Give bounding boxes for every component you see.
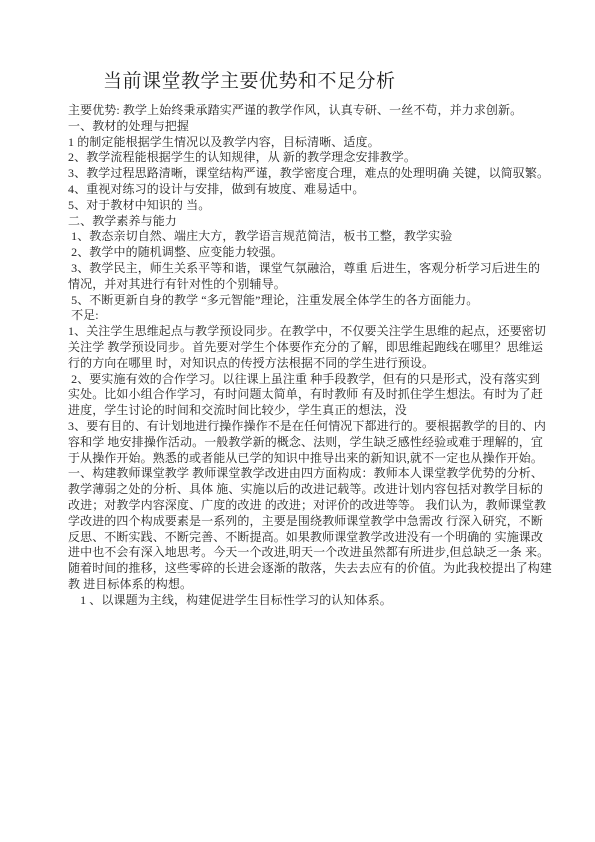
text-line: 教 进目标体系的构想。 (68, 577, 568, 593)
text-line: 二、教学素养与能力 (68, 214, 568, 230)
text-line: 进度，学生讨论的时间和交流时间比较少，学生真正的想法，没 (68, 403, 568, 419)
text-line: 教学薄弱之处的分析、具体 施、实施以后的改进记载等。改进计划内容包括对教学目标的 (68, 482, 568, 498)
text-line: 一、教材的处理与把握 (68, 119, 568, 135)
document-title: 当前课堂教学主要优势和不足分析 (0, 0, 595, 96)
text-line: 关注学 教学预设同步。首先要对学生个体要作充分的了解，即思维起跑线在哪里？思维运 (68, 340, 568, 356)
text-line: 4、重视对练习的设计与安排，做到有坡度、难易适中。 (68, 182, 568, 198)
text-line: 5、不断更新自身的教学 “多元智能”理论，注重发展全体学生的各方面能力。 (68, 293, 568, 309)
text-line: 1、关注学生思维起点与教学预设同步。在教学中，不仅要关注学生思维的起点，还要密切 (68, 324, 568, 340)
text-line: 2、要实施有效的合作学习。以往课上虽注重 种手段教学，但有的只是形式，没有落实到 (68, 372, 568, 388)
text-line: 实处。比如小组合作学习，有时问题太简单，有时教师 有及时抓住学生想法。有时为了赶 (68, 387, 568, 403)
text-line: 改进；对教学内容深度、广度的改进 的改进；对评价的改进等等。 我们认为，教师课堂… (68, 498, 568, 514)
text-line: 不足: (68, 308, 568, 324)
text-line: 2、教学中的随机调整、应变能力较强。 (68, 245, 568, 261)
text-line: 5、对于教材中知识的 当。 (68, 198, 568, 214)
document-body: 主要优势: 教学上始终秉承踏实严谨的教学作风，认真专研、一丝不苟，并力求创新。一… (68, 103, 568, 609)
text-line: 1 、以课题为主线，构建促进学生目标性学习的认知体系。 (68, 593, 568, 609)
text-line: 反思、不断实践、不断完善、不断提高。如果教师课堂教学改进没有一个明确的 实施课改 (68, 530, 568, 546)
text-line: 情况，并对其进行有针对性的个别辅导。 (68, 277, 568, 293)
text-line: 1 的制定能根据学生情况以及教学内容，目标清晰、适度。 (68, 135, 568, 151)
text-line: 3、教学民主，师生关系平等和谐，课堂气氛融洽，尊重 后进生，客观分析学习后进生的 (68, 261, 568, 277)
text-line: 3、教学过程思路清晰，课堂结构严谨，教学密度合理，难点的处理明确 关键，以简驭繁… (68, 166, 568, 182)
text-line: 2、教学流程能根据学生的认知规律，从 新的教学理念安排教学。 (68, 150, 568, 166)
text-line: 3、要有目的、有计划地进行操作操作不是在任何情况下都进行的。要根据教学的目的、内 (68, 419, 568, 435)
text-line: 1、教态亲切自然、端庄大方，教学语言规范简洁，板书工整，教学实验 (68, 229, 568, 245)
text-line: 学改进的四个构成要素是一系列的，主要是围绕教师课堂教学中急需改 行深入研究，不断 (68, 514, 568, 530)
text-line: 主要优势: 教学上始终秉承踏实严谨的教学作风，认真专研、一丝不苟，并力求创新。 (68, 103, 568, 119)
text-line: 一、构建教师课堂教学 教师课堂教学改进由四方面构成：教师本人课堂教学优势的分析、 (68, 466, 568, 482)
document-page: 当前课堂教学主要优势和不足分析 主要优势: 教学上始终秉承踏实严谨的教学作风，认… (0, 0, 595, 842)
text-line: 于从操作开始。熟悉的或者能从已学的知识中推导出来的新知识,就不一定也从操作开始。 (68, 451, 568, 467)
text-line: 进中也不会有深入地思考。今天一个改进,明天一个改进虽然都有所进步,但总缺乏一条 … (68, 545, 568, 561)
text-line: 行的方向在哪里 时，对知识点的传授方法根据不同的学生进行预设。 (68, 356, 568, 372)
text-line: 容和学 地安排操作活动。一般教学新的概念、法则，学生缺乏感性经验或难于理解的，宜 (68, 435, 568, 451)
text-line: 随着时间的推移，这些零碎的长进会逐渐的散落，失去去应有的价值。为此我校提出了构建 (68, 561, 568, 577)
